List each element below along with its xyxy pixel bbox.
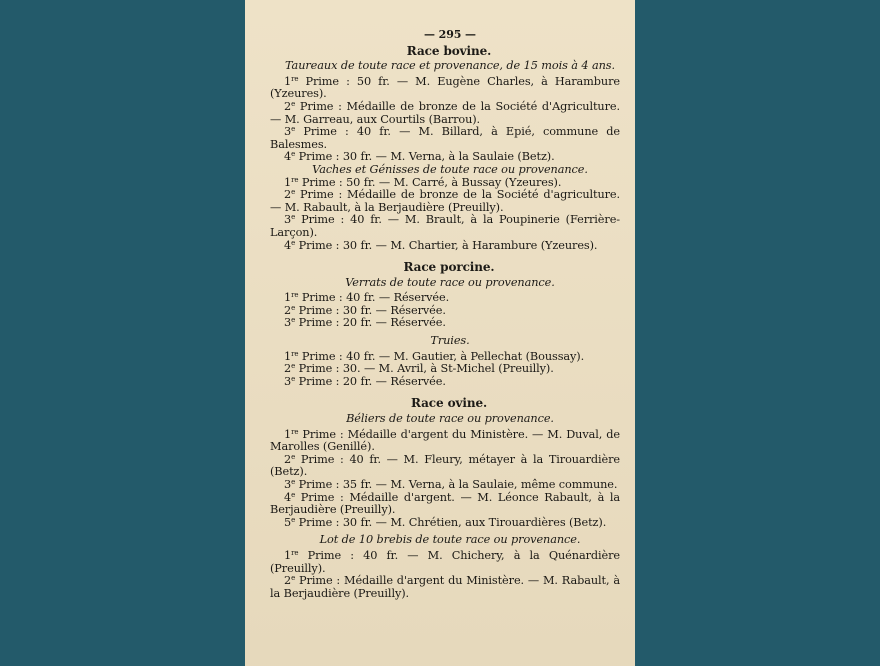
prize-text: Prime : 30 fr. — Réservée.	[299, 304, 446, 317]
rank-suffix: e	[291, 213, 295, 221]
rank-suffix: e	[291, 150, 295, 158]
rank-suffix: re	[291, 176, 298, 184]
prize-text: Prime : 40 fr. — M. Gautier, à Pellechat…	[302, 350, 584, 363]
prize-text: Prime : 30. — M. Avril, à St-Michel (Pre…	[299, 362, 554, 375]
prize-text: Prime : 40 fr. — M. Billard, à Epié, com…	[270, 125, 620, 151]
prize-entry: 4e Prime : 30 fr. — M. Chartier, à Haram…	[270, 240, 620, 253]
prize-entry: 4e Prime : Médaille d'argent. — M. Léonc…	[270, 492, 620, 517]
prize-entry: 1re Prime : 40 fr. — M. Chichery, à la Q…	[270, 550, 620, 575]
prize-text: Prime : 40 fr. — M. Brault, à la Poupine…	[270, 213, 620, 239]
prize-entry: 2e Prime : Médaille de bronze de la Soci…	[270, 189, 620, 214]
document-page: — 295 — Race bovine.Taureaux de toute ra…	[245, 0, 635, 666]
prize-entry: 3e Prime : 20 fr. — Réservée.	[270, 317, 620, 330]
prize-group: Lot de 10 brebis de toute race ou proven…	[270, 534, 620, 600]
prize-text: Prime : Médaille d'argent du Ministère. …	[270, 428, 620, 454]
prize-entry: 3e Prime : 20 fr. — Réservée.	[270, 376, 620, 389]
prize-text: Prime : 50 fr. — M. Carré, à Bussay (Yze…	[302, 176, 561, 189]
prize-group: Verrats de toute race ou provenance.1re …	[270, 277, 620, 330]
prize-text: Prime : 30 fr. — M. Chrétien, aux Tiroua…	[299, 516, 607, 529]
prize-text: Prime : 30 fr. — M. Verna, à la Saulaie …	[299, 150, 555, 163]
group-subheading: Truies.	[280, 335, 620, 348]
prize-entry: 2e Prime : Médaille d'argent du Ministèr…	[270, 575, 620, 600]
rank-suffix: re	[291, 549, 298, 557]
prize-entry: 1re Prime : 50 fr. — M. Eugène Charles, …	[270, 76, 620, 101]
rank-suffix: e	[291, 100, 295, 108]
prize-group: Taureaux de toute race et provenance, de…	[270, 60, 620, 164]
rank-suffix: e	[291, 375, 295, 383]
section-heading: Race porcine.	[278, 261, 620, 274]
group-subheading: Lot de 10 brebis de toute race ou proven…	[280, 534, 620, 547]
prize-entry: 1re Prime : Médaille d'argent du Ministè…	[270, 429, 620, 454]
section: Race ovine.Béliers de toute race ou prov…	[270, 397, 620, 600]
rank-suffix: re	[291, 75, 298, 83]
prize-text: Prime : 40 fr. — M. Chichery, à la Quéna…	[270, 549, 620, 575]
prize-text: Prime : Médaille d'argent. — M. Léonce R…	[270, 491, 620, 517]
group-subheading: Verrats de toute race ou provenance.	[280, 277, 620, 290]
rank-suffix: e	[291, 516, 295, 524]
prize-text: Prime : 30 fr. — M. Chartier, à Harambur…	[299, 239, 598, 252]
rank-suffix: e	[291, 453, 295, 461]
rank-suffix: e	[291, 125, 295, 133]
prize-text: Prime : 20 fr. — Réservée.	[299, 375, 446, 388]
group-subheading: Béliers de toute race ou provenance.	[280, 413, 620, 426]
prize-entry: 5e Prime : 30 fr. — M. Chrétien, aux Tir…	[270, 517, 620, 530]
rank-suffix: e	[291, 239, 295, 247]
rank-suffix: re	[291, 428, 298, 436]
page-content: — 295 — Race bovine.Taureaux de toute ra…	[270, 29, 620, 600]
section: Race bovine.Taureaux de toute race et pr…	[270, 45, 620, 253]
prize-entry: 3e Prime : 40 fr. — M. Billard, à Epié, …	[270, 126, 620, 151]
prize-text: Prime : 50 fr. — M. Eugène Charles, à Ha…	[270, 75, 620, 101]
prize-group: Truies.1re Prime : 40 fr. — M. Gautier, …	[270, 335, 620, 388]
rank-suffix: e	[291, 188, 295, 196]
page-number: — 295 —	[280, 29, 620, 42]
prize-text: Prime : 20 fr. — Réservée.	[299, 316, 446, 329]
rank-suffix: re	[291, 350, 298, 358]
prize-text: Prime : 40 fr. — Réservée.	[302, 291, 449, 304]
prize-text: Prime : 40 fr. — M. Fleury, métayer à la…	[270, 453, 620, 479]
prize-text: Prime : 35 fr. — M. Verna, à la Saulaie,…	[299, 478, 618, 491]
section-heading: Race ovine.	[278, 397, 620, 410]
rank-suffix: e	[291, 362, 295, 370]
rank-suffix: e	[291, 478, 295, 486]
rank-suffix: e	[291, 316, 295, 324]
rank-suffix: e	[291, 491, 295, 499]
prize-entry: 2e Prime : 40 fr. — M. Fleury, métayer à…	[270, 454, 620, 479]
group-subheading: Taureaux de toute race et provenance, de…	[280, 60, 620, 73]
prize-text: Prime : Médaille de bronze de la Société…	[270, 188, 620, 214]
prize-entry: 3e Prime : 40 fr. — M. Brault, à la Poup…	[270, 214, 620, 239]
prize-text: Prime : Médaille de bronze de la Société…	[270, 100, 620, 126]
section-heading: Race bovine.	[278, 45, 620, 58]
rank-suffix: re	[291, 291, 298, 299]
section: Race porcine.Verrats de toute race ou pr…	[270, 261, 620, 388]
prize-group: Béliers de toute race ou provenance.1re …	[270, 413, 620, 529]
rank-suffix: e	[291, 304, 295, 312]
sections: Race bovine.Taureaux de toute race et pr…	[270, 45, 620, 601]
prize-entry: 2e Prime : Médaille de bronze de la Soci…	[270, 101, 620, 126]
rank-suffix: e	[291, 574, 295, 582]
prize-group: Vaches et Génisses de toute race ou prov…	[270, 164, 620, 252]
prize-text: Prime : Médaille d'argent du Ministère. …	[270, 574, 620, 600]
